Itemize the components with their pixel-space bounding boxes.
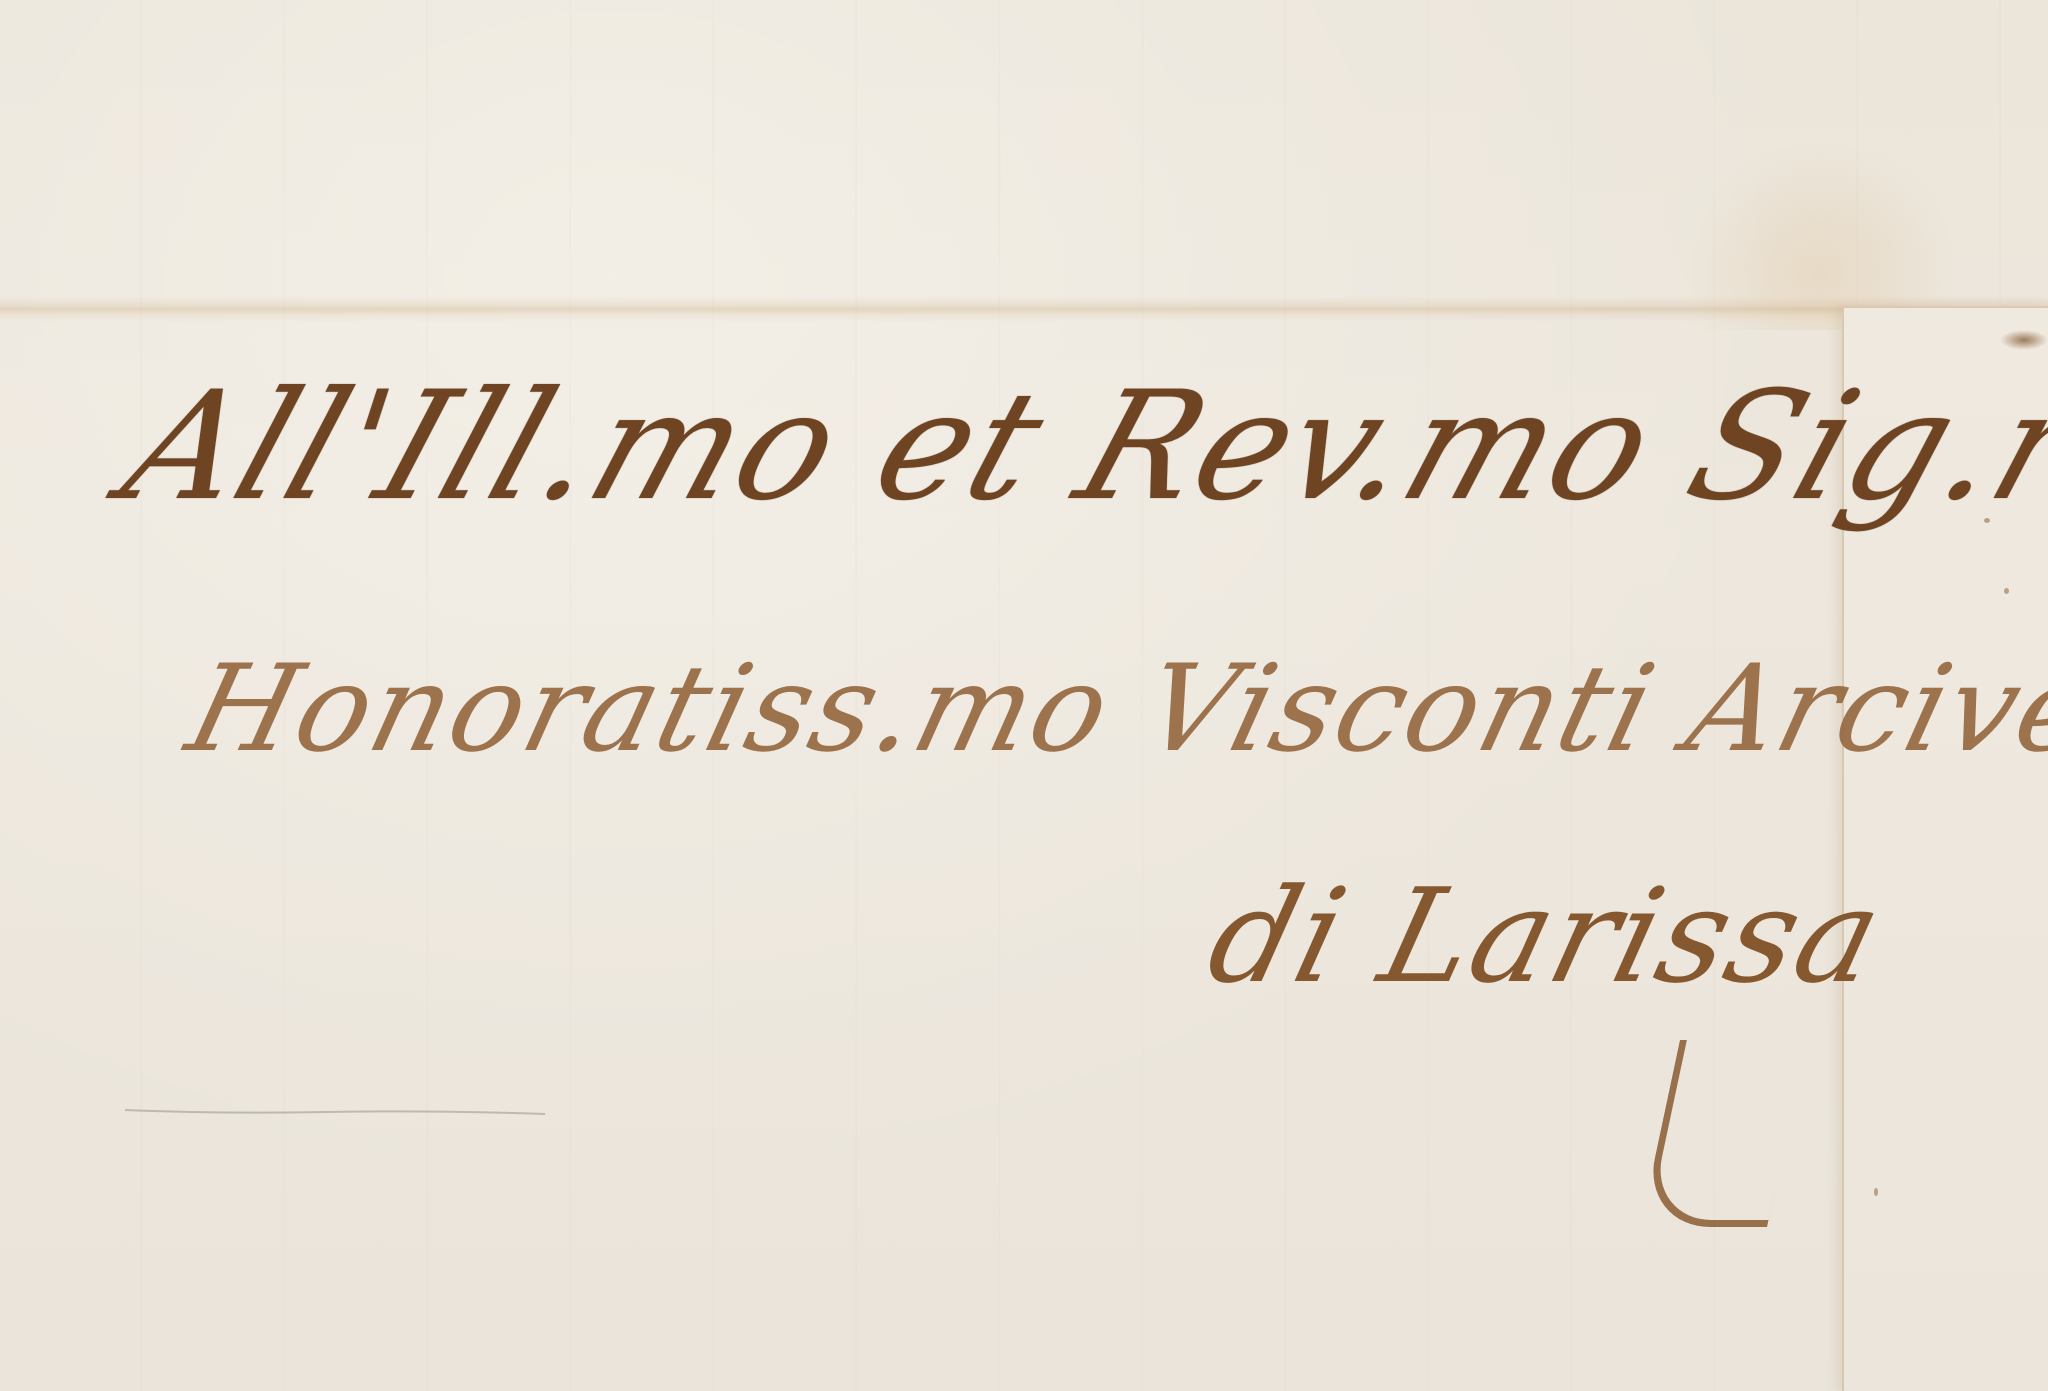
address-line-recipient-see: di Larissa (1195, 860, 1898, 1012)
pencil-mark (125, 1108, 545, 1116)
foxing-spot (1874, 1188, 1878, 1196)
foxing-spot (2004, 588, 2009, 594)
address-line-recipient-name: Honoratiss.mo Visconti Arcives.o (175, 640, 2048, 779)
manuscript-sheet: All'Ill.mo et Rev.mo Sig.re Sig.re Pad.n… (0, 0, 2048, 1391)
ink-blot (2000, 330, 2048, 350)
ink-descender-flourish (1640, 1040, 1807, 1227)
address-line-salutation: All'Ill.mo et Rev.mo Sig.re Sig.re Pad.n… (105, 360, 2048, 534)
horizontal-fold-line (0, 296, 2048, 322)
